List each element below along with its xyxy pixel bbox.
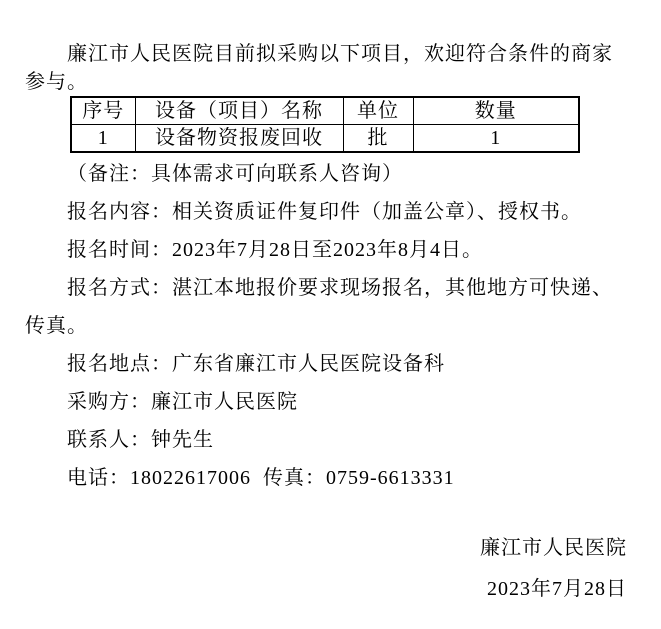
phone-fax-line: 电话：18022617006 传真：0759-6613331 xyxy=(25,459,631,497)
signup-content-line: 报名内容：相关资质证件复印件（加盖公章）、授权书。 xyxy=(25,193,631,231)
cell-quantity: 1 xyxy=(413,125,579,153)
column-header-item-name: 设备（项目）名称 xyxy=(135,97,343,125)
procurement-items-table: 序号 设备（项目）名称 单位 数量 1 设备物资报废回收 批 1 xyxy=(70,96,580,153)
cell-unit: 批 xyxy=(343,125,413,153)
signature-organization: 廉江市人民医院 xyxy=(25,528,627,569)
intro-line-2: 参与。 xyxy=(25,68,631,96)
contact-person-line: 联系人：钟先生 xyxy=(25,421,631,459)
signature-block: 廉江市人民医院 2023年7月28日 xyxy=(25,528,631,610)
cell-serial-number: 1 xyxy=(71,125,135,153)
column-header-unit: 单位 xyxy=(343,97,413,125)
purchaser-line: 采购方：廉江市人民医院 xyxy=(25,383,631,421)
signup-method-line-1: 报名方式：湛江本地报价要求现场报名，其他地方可快递、 xyxy=(25,269,631,307)
intro-line-1: 廉江市人民医院目前拟采购以下项目，欢迎符合条件的商家 xyxy=(25,40,631,68)
signup-location-line: 报名地点：广东省廉江市人民医院设备科 xyxy=(25,345,631,383)
note-line: （备注：具体需求可向联系人咨询） xyxy=(25,155,631,193)
signature-date: 2023年7月28日 xyxy=(25,569,627,610)
column-header-quantity: 数量 xyxy=(413,97,579,125)
intro-paragraph: 廉江市人民医院目前拟采购以下项目，欢迎符合条件的商家 参与。 xyxy=(25,40,631,96)
procurement-notice-document: 廉江市人民医院目前拟采购以下项目，欢迎符合条件的商家 参与。 序号 设备（项目）… xyxy=(0,0,661,629)
table-header-row: 序号 设备（项目）名称 单位 数量 xyxy=(71,97,579,125)
table-row: 1 设备物资报废回收 批 1 xyxy=(71,125,579,153)
notice-body: （备注：具体需求可向联系人咨询） 报名内容：相关资质证件复印件（加盖公章）、授权… xyxy=(25,155,631,497)
signup-method-line-2: 传真。 xyxy=(25,307,631,345)
column-header-serial-number: 序号 xyxy=(71,97,135,125)
signup-time-line: 报名时间：2023年7月28日至2023年8月4日。 xyxy=(25,231,631,269)
cell-item-name: 设备物资报废回收 xyxy=(135,125,343,153)
